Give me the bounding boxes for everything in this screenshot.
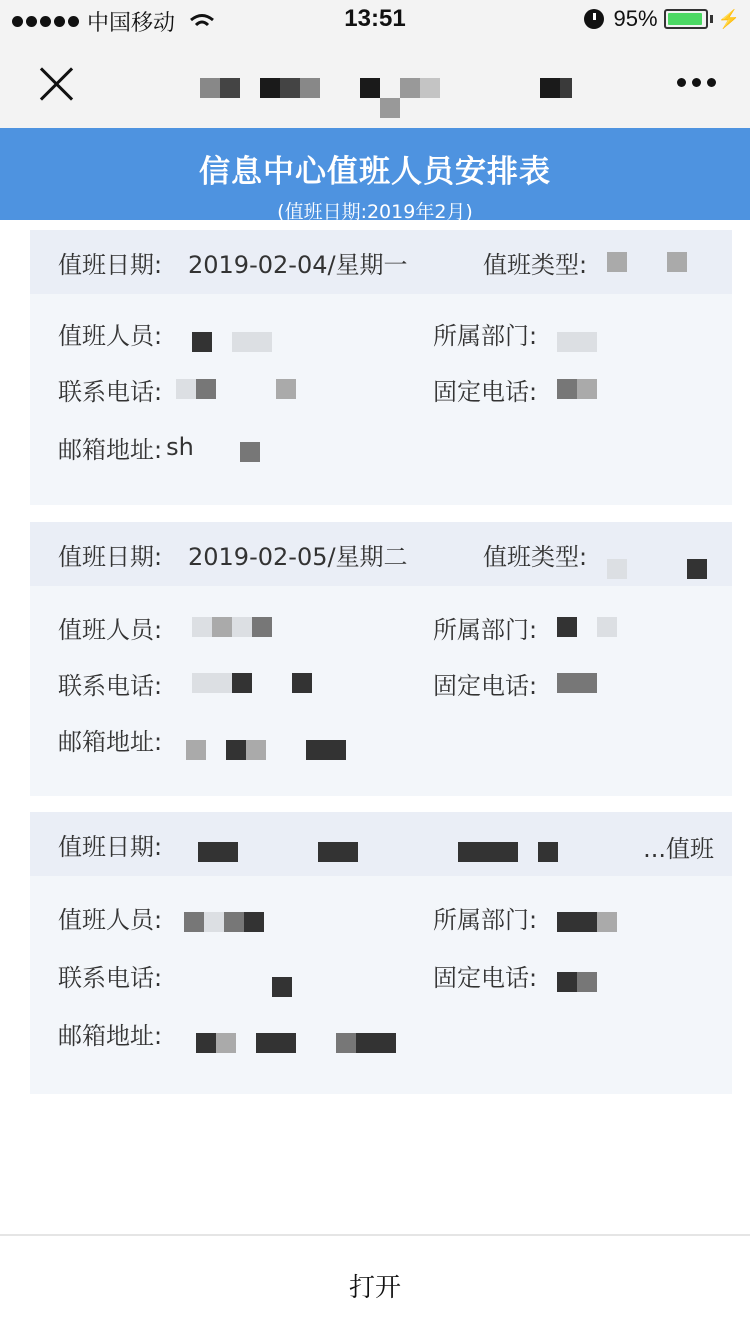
person-value-redacted — [232, 332, 272, 352]
page-subtitle: (值班日期:2019年2月) — [0, 197, 750, 224]
battery-icon — [664, 9, 708, 29]
person-row: 值班人员: — [58, 318, 272, 348]
person-value-redacted — [184, 912, 204, 932]
mobile-row: 联系电话: — [58, 960, 292, 990]
email-value-redacted — [226, 740, 246, 760]
email-value-redacted — [246, 740, 266, 760]
department-row: 所属部门: — [433, 902, 617, 932]
email-value: sh — [166, 433, 194, 461]
department-row: 所属部门: — [433, 612, 617, 642]
department-value-redacted — [557, 332, 597, 352]
person-row: 值班人员: — [58, 612, 272, 642]
person-label: 值班人员: — [58, 610, 162, 645]
email-value-redacted — [306, 740, 346, 760]
nav-title-redacted — [170, 78, 600, 100]
person-value-redacted — [252, 617, 272, 637]
email-value-redacted — [336, 1033, 356, 1053]
landline-value-redacted — [557, 673, 597, 693]
email-label: 邮箱地址: — [58, 722, 162, 757]
email-value-redacted — [356, 1033, 396, 1053]
landline-label: 固定电话: — [433, 958, 537, 993]
landline-value-redacted — [557, 379, 577, 399]
department-label: 所属部门: — [433, 900, 537, 935]
type-value-redacted — [458, 842, 518, 862]
person-value-redacted — [224, 912, 244, 932]
person-value-redacted — [232, 617, 252, 637]
landline-value-redacted — [577, 379, 597, 399]
email-row: 邮箱地址: sh — [58, 432, 260, 462]
landline-label: 固定电话: — [433, 372, 537, 407]
email-value-redacted — [216, 1033, 236, 1053]
person-value-redacted — [204, 912, 224, 932]
card-header: 值班日期: 2019-02-04/星期一 值班类型: — [30, 230, 732, 294]
duty-card: 值班日期: 2019-02-05/星期二 值班类型: 值班人员: 所属部门: 联… — [30, 522, 732, 796]
card-header: 值班日期: ...值班 — [30, 812, 732, 876]
type-label: 值班类型: — [483, 537, 587, 572]
person-value-redacted — [192, 617, 212, 637]
page-title: 信息中心值班人员安排表 — [0, 128, 750, 191]
department-row: 所属部门: — [433, 318, 597, 348]
email-value-redacted — [186, 740, 206, 760]
mobile-label: 联系电话: — [58, 958, 162, 993]
open-button[interactable]: 打开 — [349, 1267, 401, 1304]
person-row: 值班人员: — [58, 902, 264, 932]
page-banner: 信息中心值班人员安排表 (值班日期:2019年2月) — [0, 128, 750, 220]
status-bar: 中国移动 13:51 95% ⚡ — [0, 0, 750, 40]
date-value: 2019-02-05/星期二 — [188, 537, 483, 572]
type-value-redacted — [607, 252, 627, 272]
email-value-redacted — [196, 1033, 216, 1053]
mobile-value-redacted — [272, 977, 292, 997]
mobile-label: 联系电话: — [58, 372, 162, 407]
close-icon[interactable] — [36, 64, 76, 104]
department-label: 所属部门: — [433, 610, 537, 645]
type-value-redacted — [538, 842, 558, 862]
mobile-row: 联系电话: — [58, 374, 296, 404]
date-value-redacted — [198, 842, 238, 862]
email-value-redacted — [240, 442, 260, 462]
more-dots-icon[interactable] — [677, 78, 716, 87]
nav-bar — [0, 40, 750, 128]
status-right: 95% ⚡ — [584, 6, 740, 32]
landline-label: 固定电话: — [433, 666, 537, 701]
card-header: 值班日期: 2019-02-05/星期二 值班类型: — [30, 522, 732, 586]
date-value: 2019-02-04/星期一 — [188, 245, 483, 280]
type-value-redacted — [687, 559, 707, 579]
person-value-redacted — [212, 617, 232, 637]
mobile-value-redacted — [292, 673, 312, 693]
type-value-redacted — [667, 252, 687, 272]
landline-value-redacted — [577, 972, 597, 992]
charging-bolt-icon: ⚡ — [718, 9, 740, 30]
battery-percent: 95% — [614, 6, 658, 32]
mobile-label: 联系电话: — [58, 666, 162, 701]
mobile-value-redacted — [192, 673, 232, 693]
person-value-redacted — [244, 912, 264, 932]
mobile-value-redacted — [176, 379, 196, 399]
date-value-redacted — [318, 842, 358, 862]
date-label: 值班日期: — [58, 245, 188, 280]
type-label: 值班类型: — [483, 245, 587, 280]
email-label: 邮箱地址: — [58, 1016, 162, 1051]
email-value-redacted — [256, 1033, 296, 1053]
department-value-redacted — [557, 617, 577, 637]
landline-row: 固定电话: — [433, 668, 597, 698]
mobile-value-redacted — [232, 673, 252, 693]
type-value: ...值班 — [643, 829, 714, 864]
person-label: 值班人员: — [58, 316, 162, 351]
mobile-row: 联系电话: — [58, 668, 312, 698]
duty-card: 值班日期: 2019-02-04/星期一 值班类型: 值班人员: 所属部门: 联… — [30, 230, 732, 505]
mobile-value-redacted — [196, 379, 216, 399]
person-value-redacted — [192, 332, 212, 352]
type-value-redacted — [607, 559, 627, 579]
email-label: 邮箱地址: — [58, 430, 162, 465]
landline-value-redacted — [557, 972, 577, 992]
date-label: 值班日期: — [58, 827, 188, 862]
email-row: 邮箱地址: — [58, 1018, 396, 1048]
mobile-value-redacted — [276, 379, 296, 399]
department-value-redacted — [557, 912, 597, 932]
date-label: 值班日期: — [58, 537, 188, 572]
email-row: 邮箱地址: — [58, 724, 346, 754]
duty-card: 值班日期: ...值班 值班人员: 所属部门: 联系电话: 固定电话: — [30, 812, 732, 1094]
person-label: 值班人员: — [58, 900, 162, 935]
alarm-icon — [584, 9, 604, 29]
bottom-bar: 打开 — [0, 1234, 750, 1334]
landline-row: 固定电话: — [433, 374, 597, 404]
department-label: 所属部门: — [433, 316, 537, 351]
department-value-redacted — [597, 617, 617, 637]
department-value-redacted — [597, 912, 617, 932]
battery-tip — [710, 15, 713, 23]
landline-row: 固定电话: — [433, 960, 597, 990]
